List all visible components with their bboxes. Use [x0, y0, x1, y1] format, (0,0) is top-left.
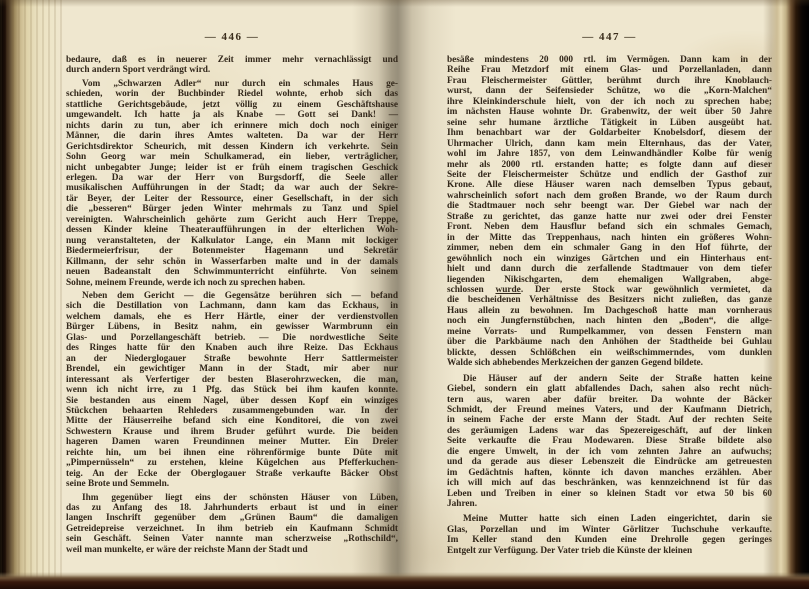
text-line: musikalischen Aufführungen in der Stadt;…: [66, 183, 398, 193]
text-line: Biedermeierfrisur, der Botenmeister Hage…: [66, 246, 398, 256]
page-number-left: — 446 —: [66, 31, 398, 43]
page-left: — 446 — bedaure, daß es in neuerer Zeit …: [66, 31, 398, 555]
page-number-right: — 447 —: [447, 31, 772, 43]
text-line: Vom „Schwarzen Adler“ nur durch ein schm…: [66, 79, 398, 89]
text-line: dessen Kinder kleine Theateraufführungen…: [66, 225, 398, 235]
text-line: Gerichtsdirektor Scheurich, mit dessen K…: [66, 142, 398, 152]
text-line: wenn ich nicht irre, zu 1 Pfg. das Stück…: [66, 385, 398, 395]
text-line: liegenden Nikischgarten, dem ehemaligen …: [447, 275, 772, 285]
text-line: zimmer, neben dem ein schmaler Gang in d…: [447, 243, 772, 253]
text-line: sein Geschäft. Seinen Vater nannte man s…: [66, 534, 398, 544]
text-line: die bescheidenen Verhältnisse des Besitz…: [447, 295, 772, 305]
text-line: bedaure, daß es in neuerer Zeit immer me…: [66, 55, 398, 65]
text-line: hielt und dann durch die zerfallende Sta…: [447, 264, 772, 274]
text-line: meine Vorrats- und Rumpelkammer, von des…: [447, 327, 772, 337]
text-line: Seite der Fleischermeister Schütze und e…: [447, 170, 772, 180]
text-line: weil man munkelte, er wäre der reichste …: [66, 545, 398, 555]
text-line: Entgelt zur Verfügung. Der Vater trieb d…: [447, 546, 772, 556]
text-line: Walde sich abhebendes Merkzeichen der ga…: [447, 358, 772, 368]
text-line: mehr als 2000 rtl. erstanden hatte; es f…: [447, 160, 772, 170]
text-line: Giebel, sondern ein glatt abfallendes Da…: [447, 384, 772, 394]
text-line: Haus allein zu bewohnen. Im Dachgeschoß …: [447, 306, 772, 316]
page-left-text: bedaure, daß es in neuerer Zeit immer me…: [66, 55, 398, 555]
text-line: Brendel, ein gewichtiger Mann in der Sta…: [66, 364, 398, 374]
text-line: tär Beyer, der Leiter der Ressource, ein…: [66, 194, 398, 204]
text-line: Schmidt, der Freund meines Vaters, und d…: [447, 405, 772, 415]
text-line: Krone. Alle diese Häuser waren nach dems…: [447, 180, 772, 190]
text-line: sich die Destillation von Lachmann, dann…: [66, 301, 398, 311]
text-line: Straße zu gerichtet, das ganze hatte nur…: [447, 212, 772, 222]
text-line: Sie bestanden aus einem Nagel, über dess…: [66, 396, 398, 406]
text-line: gewöhnlich noch ein winziges Gärtchen un…: [447, 254, 772, 264]
text-line: seine sehr humane ärztliche Tätigkeit in…: [447, 118, 772, 128]
text-line: umgewandelt. Ich hatte ja als Knabe — Go…: [66, 110, 398, 120]
text-line: Leben und Treiben in einer so kleinen St…: [447, 489, 772, 499]
text-line: Bürger Lübens, in Besitz nahm, ein gewis…: [66, 322, 398, 332]
paragraph: Meine Mutter hatte sich einen Laden eing…: [447, 514, 772, 556]
book-right-edge: [763, 0, 809, 589]
text-line: ich will mich auf das beschränken, was k…: [447, 478, 772, 488]
text-line: Mitte der Häuserreihe befand sich eine K…: [66, 416, 398, 426]
book-bottom-edge: [0, 572, 809, 589]
text-line: Killmann, der sehr schön in Wasserfarben…: [66, 257, 398, 267]
text-line: Frau Fleischermeister Güttler, berühmt d…: [447, 76, 772, 86]
text-line: Ihm benachbart war der Goldarbeiter Knob…: [447, 128, 772, 138]
text-line: in der Mitte das Treppenhaus, nach hinte…: [447, 233, 772, 243]
text-line: hageren Damen waren Freundinnen meiner M…: [66, 437, 398, 447]
text-line: seine Brote und Semmeln.: [66, 479, 398, 489]
paragraph: besäße mindestens 20 000 rtl. im Vermöge…: [447, 55, 772, 369]
text-line: interessant als Verfertiger der besten B…: [66, 375, 398, 385]
text-line: die Stadtmauer noch sehr beengt war. Der…: [447, 201, 772, 211]
text-line: nichts darin zu tun, aber ich erinnere m…: [66, 121, 398, 131]
book-left-edge: [0, 0, 64, 589]
text-line: Uhrmacher Ulrich, dann kam mein Elternha…: [447, 139, 772, 149]
text-line: Die Häuser auf der andern Seite der Stra…: [447, 374, 772, 384]
text-line: Sohn Georg war mein Schulkamerad, ein li…: [66, 152, 398, 162]
text-line: Getreidepreise verzeichnet. In ihm betri…: [66, 524, 398, 534]
text-line: wurst, dann der Seifensieder Schütze, wo…: [447, 86, 772, 96]
text-line: vereinigten. Wahrscheinlich gehörte zum …: [66, 215, 398, 225]
text-line: Meine Mutter hatte sich einen Laden eing…: [447, 514, 772, 524]
text-line: Reihe Frau Metzdorf mit einem Glas- und …: [447, 65, 772, 75]
text-line: im nächsten Hause wohnte Dr. Grabenwitz,…: [447, 107, 772, 117]
text-line: an der Niederglogauer Straße bewohnte He…: [66, 354, 398, 364]
text-line: noch ein Jungfernstübchen, nach hinten d…: [447, 316, 772, 326]
text-line: nicht unbegabter Junge; leider ist er fr…: [66, 163, 398, 173]
text-line: die „besseren“ Bürger jeden Winter mehrm…: [66, 204, 398, 214]
text-line: langen Inschrift gegenüber dem „Grünen B…: [66, 513, 398, 523]
text-line: blickte, dessen Schlößchen ein weißschim…: [447, 348, 772, 358]
text-line: nung veranstalteten, der Kalkulator Lang…: [66, 236, 398, 246]
paragraph: bedaure, daß es in neuerer Zeit immer me…: [66, 55, 398, 76]
text-line: und da gerade aus dieser Lebenszeit die …: [447, 457, 772, 467]
text-line: Front. Neben dem Hausflur befand sich ei…: [447, 222, 772, 232]
text-line: ihre Kleinkinderschule hielt, von der ic…: [447, 97, 772, 107]
text-line: Stückchen behaarten Rehleders zusammenge…: [66, 406, 398, 416]
text-line: Ihm gegenüber liegt eins der schönsten H…: [66, 493, 398, 503]
paragraph: Die Häuser auf der andern Seite der Stra…: [447, 374, 772, 510]
paragraph: Ihm gegenüber liegt eins der schönsten H…: [66, 493, 398, 556]
text-line: reichte hin, um bei ihnen eine röhrenför…: [66, 448, 398, 458]
text-line: Neben dem Gericht — die Gegensätze berüh…: [66, 291, 398, 301]
paragraph: Vom „Schwarzen Adler“ nur durch ein schm…: [66, 79, 398, 288]
text-line: neuen Badeanstalt den Schwimmunterricht …: [66, 267, 398, 277]
text-line: welchem damals, ehe es Herr Härtle, eine…: [66, 312, 398, 322]
text-line: schlossen wurde. Der erste Stock war gew…: [447, 285, 772, 295]
text-line: Sohne, meinem Freunde, werde ich noch zu…: [66, 278, 398, 288]
text-line: besäße mindestens 20 000 rtl. im Vermöge…: [447, 55, 772, 65]
text-line: Glas, Porzellan und im Winter Görlitzer …: [447, 525, 772, 535]
text-line: des Ringes hatte für den Knaben auch ihr…: [66, 343, 398, 353]
text-line: Jahren.: [447, 499, 772, 509]
text-line: teig. An der Ecke der Oberglogauer Straß…: [66, 469, 398, 479]
text-line: über die Parkbäume nach den Anhöhen der …: [447, 337, 772, 347]
text-line: „Pimpernüsseln“ zu erstehen, kleine Küge…: [66, 458, 398, 468]
text-line: Seite verkaufte die Frau Modewaren. Dies…: [447, 436, 772, 446]
text-line: des geräumigen Ladens war das Spezereige…: [447, 426, 772, 436]
page-right: — 447 — besäße mindestens 20 000 rtl. im…: [447, 31, 772, 556]
text-line: in seinem Fache der erste Mann der Stadt…: [447, 415, 772, 425]
text-line: wohl im Jahre 1857, von dem Leinwandhänd…: [447, 149, 772, 159]
text-line: das zu Anfang des 18. Jahrhunderts erbau…: [66, 503, 398, 513]
text-line: Schwestern Krause und ihrem Bruder gefüh…: [66, 427, 398, 437]
page-right-text: besäße mindestens 20 000 rtl. im Vermöge…: [447, 55, 772, 556]
book-scan: — 446 — bedaure, daß es in neuerer Zeit …: [0, 0, 809, 589]
text-line: schieden, worin der Buchbinder Riedel wo…: [66, 89, 398, 99]
paragraph: Neben dem Gericht — die Gegensätze berüh…: [66, 291, 398, 490]
text-line: die engere Umwelt, in der ich vom zehnte…: [447, 447, 772, 457]
book-top-shadow: [0, 0, 809, 7]
text-line: stattliche Gerichtsgebäude, jetzt völlig…: [66, 100, 398, 110]
text-line: Glas- und Porzellangeschäft betrieb. — D…: [66, 333, 398, 343]
text-line: wahrscheinlich sofort nach dem großen Br…: [447, 191, 772, 201]
text-line: Im Keller stand den Kunden eine Drehroll…: [447, 535, 772, 545]
text-line: im Gedächtnis haften, könnte ich davon m…: [447, 468, 772, 478]
text-line: tern aus, waren aber dafür breiter. Da w…: [447, 395, 772, 405]
text-line: erlegen. Da war der Herr von Burgsdorff,…: [66, 173, 398, 183]
text-line: durch andern Sport verdrängt wird.: [66, 65, 398, 75]
text-line: Männer, die darin ihres Amtes walteten. …: [66, 131, 398, 141]
